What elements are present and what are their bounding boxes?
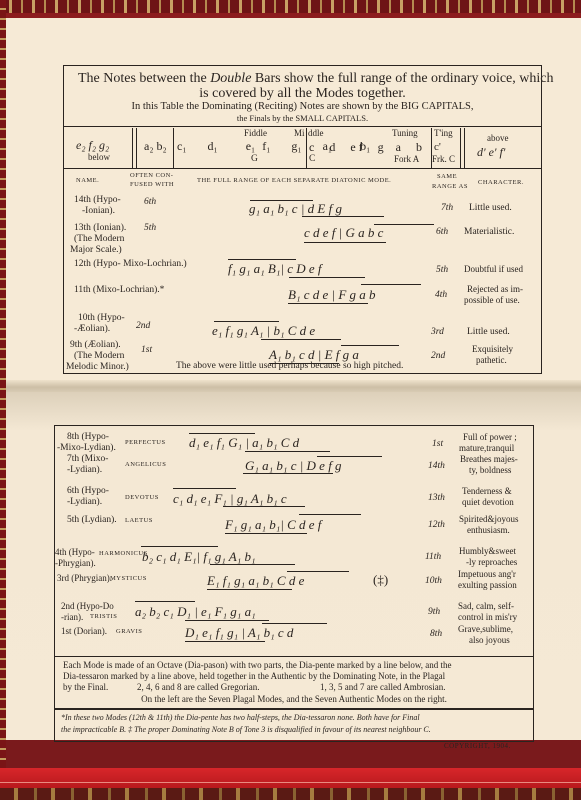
fiddle-g: G: [251, 155, 258, 165]
character: control in mis'ry: [458, 613, 517, 622]
mode-range: c₁ d₁ e₁ F₁ | g₁ A₁ b₁ c: [173, 492, 287, 505]
character: exulting passion: [458, 581, 517, 590]
explanation-line-3b: 2, 4, 6 and 8 are called Gregorian.: [137, 683, 259, 692]
confused-with: 5th: [144, 224, 156, 234]
mode-range: B₁ c d e | F g a b: [288, 288, 376, 301]
same-range: 14th: [428, 462, 445, 472]
character: Sad, calm, self-: [458, 602, 514, 611]
mode-name: 3rd (Phrygian).: [57, 574, 112, 583]
same-range: 9th: [428, 608, 440, 618]
middle-label-b: ddle: [308, 129, 324, 138]
fiddle-label: Fiddle: [244, 129, 267, 138]
same-range: 6th: [436, 228, 448, 238]
header-line-3: In this Table the Dominating (Reciting) …: [64, 102, 541, 113]
middle-c: C: [309, 155, 315, 165]
mode-name: 5th (Lydian).: [67, 516, 117, 526]
mode-name: (The Modern: [74, 235, 124, 245]
footnote-line-2: the impracticable B. ‡ The proper Domina…: [61, 726, 431, 734]
col-same-1: SAME: [437, 174, 457, 181]
same-range: 11th: [425, 553, 441, 563]
character: Doubtful if used: [464, 265, 523, 274]
bottom-red-edge: [0, 768, 581, 788]
character: Materialistic.: [464, 228, 514, 238]
mode-name: (The Modern: [74, 352, 124, 362]
explanation-box: Each Mode is made of an Octave (Dia-paso…: [54, 656, 534, 710]
character: Grave,sublime,: [458, 625, 513, 634]
character: Full of power ;: [463, 433, 517, 442]
character: Little used.: [469, 204, 512, 214]
header-line-4: the Finals by the SMALL CAPITALS.: [64, 114, 541, 123]
footnote-line-1: *In these two Modes (12th & 11th) the Di…: [61, 714, 420, 722]
latin-name: TRISTIS: [90, 614, 117, 621]
character: Exquisitely: [472, 345, 513, 354]
page-fold: [6, 380, 581, 392]
confused-with: 1st: [141, 346, 152, 356]
mode-name: 12th (Hypo- Mixo-Lochrian.): [74, 260, 187, 270]
fork-a-label: Fork A: [394, 155, 419, 164]
header-line-2: is covered by all the Modes together.: [64, 87, 541, 101]
same-range: 2nd: [431, 352, 445, 362]
same-range: 13th: [428, 494, 445, 504]
character: Breathes majes-: [460, 455, 518, 464]
same-range: 1st: [432, 440, 443, 450]
latin-name: GRAVIS: [116, 629, 142, 636]
bottom-gilt-border: [0, 788, 581, 800]
mode-range: c d e f | G a b c: [304, 226, 383, 239]
character: possible of use.: [464, 296, 520, 305]
mode-name: Major Scale.): [70, 246, 122, 256]
mode-range: A₁ b₁ c d | E f g a: [269, 348, 359, 361]
footnotes-box: *In these two Modes (12th & 11th) the Di…: [54, 708, 534, 742]
same-range: 10th: [425, 577, 442, 587]
mode-name: -Lydian).: [67, 466, 102, 476]
mode-range: G₁ a₁ b₁ c | D e f g: [245, 459, 342, 472]
character: also joyous: [469, 636, 510, 645]
character: enthusiasm.: [467, 526, 510, 535]
character: Spirited&joyous: [459, 515, 519, 524]
confused-with: 2nd: [136, 322, 150, 332]
mode-name: 9th (Æolian).: [70, 341, 121, 351]
latin-name: HARMONICUS: [99, 551, 148, 558]
above-label: above: [487, 134, 509, 143]
character: mature,tranquil: [459, 444, 514, 453]
mode-range: g₁ a₁ b₁ c | d E f g: [249, 202, 342, 215]
col-name: NAME.: [76, 178, 99, 185]
middle-label-a: Mi: [294, 129, 305, 138]
lower-table: 8th (Hypo- -Mixo-Lydian). PERFECTUS d₁ e…: [54, 425, 534, 657]
character: Humbly&sweet: [459, 547, 516, 556]
same-range: 8th: [430, 630, 442, 640]
mode-name: -Ionian).: [82, 207, 115, 217]
latin-name: LAETUS: [125, 518, 153, 525]
mode-name: -rian).: [61, 613, 83, 622]
mode-name: 14th (Hypo-: [74, 196, 121, 206]
latin-name: MYSTICUS: [110, 576, 147, 583]
same-range: 12th: [428, 521, 445, 531]
upper-table: The Notes between the Double Bars show t…: [63, 65, 542, 374]
mode-name: 10th (Hypo-: [78, 314, 125, 324]
tuning-label: Tuning: [392, 129, 418, 138]
mode-range: a₂ b₂ c₁ D₁ | e₁ F₁ g₁ a₁: [135, 605, 256, 618]
character: pathetic.: [476, 356, 507, 365]
col-confused-2: FUSED WITH: [130, 182, 174, 189]
mode-name: 8th (Hypo-: [67, 433, 109, 443]
character: Rejected as im-: [467, 285, 523, 294]
frk-c-label: Frk. C: [432, 155, 455, 164]
explanation-line-3c: 1, 3, 5 and 7 are called Ambrosian.: [320, 683, 445, 692]
confused-with: 6th: [144, 198, 156, 208]
col-same-2: RANGE AS: [432, 184, 468, 191]
mode-name: -Mixo-Lydian).: [57, 444, 116, 454]
character: Impetuous ang'r: [458, 570, 516, 579]
mode-name: 2nd (Hypo-Do: [61, 602, 114, 611]
mode-range: e₁ f₁ g₁ A₁ | b₁ C d e: [212, 324, 315, 337]
mode-name: -Æolian).: [74, 325, 110, 335]
character: quiet devotion: [462, 498, 514, 507]
same-range: 3rd: [431, 328, 444, 338]
dagger-mark: (‡): [373, 573, 388, 586]
mode-name: 7th (Mixo-: [67, 455, 108, 465]
mode-name: 13th (Ionian).: [74, 224, 126, 234]
latin-name: DEVOTUS: [125, 495, 159, 502]
mode-name: -Phrygian).: [55, 559, 96, 568]
character: Little used.: [467, 328, 510, 338]
mode-range: F₁ g₁ a₁ b₁| C d e f: [225, 518, 321, 531]
col-character: CHARACTER.: [478, 180, 524, 187]
explanation-line-2: Dia-tessaron marked by a line above, hel…: [63, 672, 445, 681]
below-label: below: [88, 153, 110, 162]
mode-range: D₁ e₁ f₁ g₁ | A₁ b₁ c d: [185, 626, 293, 639]
mode-range: d₁ e₁ f₁ G₁ | a₁ b₁ C d: [189, 436, 299, 449]
explanation-line-1: Each Mode is made of an Octave (Dia-paso…: [63, 661, 452, 670]
tring-c: c': [434, 142, 441, 153]
mode-name: 4th (Hypo-: [55, 548, 95, 557]
above-notes: d' e' f': [477, 146, 505, 158]
latin-name: ANGELICUS: [125, 462, 166, 469]
col-range: THE FULL RANGE OF EACH SEPARATE DIATONIC…: [197, 178, 391, 185]
character: Tenderness &: [462, 487, 512, 496]
character: -ly reproaches: [466, 558, 517, 567]
mode-name: Melodic Minor.): [66, 363, 129, 373]
mode-name: 6th (Hypo-: [67, 487, 109, 497]
mode-name: 11th (Mixo-Lochrian).*: [74, 286, 164, 296]
upper-footnote: The above were little used perhaps becau…: [176, 362, 403, 372]
mode-name: 1st (Dorian).: [61, 627, 107, 636]
explanation-line-4: On the left are the Seven Plagal Modes, …: [55, 695, 533, 704]
same-range: 5th: [436, 266, 448, 276]
col-confused-1: OFTEN CON-: [130, 173, 173, 180]
mode-range: f₁ g₁ a₁ B₁| c D e f: [228, 262, 322, 275]
same-range: 4th: [435, 291, 447, 301]
character: ty, boldness: [469, 466, 511, 475]
same-range: 7th: [441, 204, 453, 214]
explanation-line-3a: by the Final.: [63, 683, 108, 692]
mode-range: b₂ c₁ d₁ E₁| f₁ g₁ A₁ b₁: [142, 550, 256, 563]
top-gilt-border: [0, 0, 581, 14]
notes-row-2: c d e f g a b: [309, 141, 422, 153]
latin-name: PERFECTUS: [125, 440, 166, 447]
mode-range: E₁ f₁ g₁ a₁ b₁ C d e: [207, 574, 304, 587]
copyright: COPYRIGHT, 1904.: [444, 743, 511, 750]
mode-name: -Lydian).: [67, 498, 102, 508]
header-line-1: The Notes between the Double Bars show t…: [78, 72, 554, 86]
tring-label: T'ing: [434, 129, 453, 138]
below-notes: e₂ f₂ g₂: [76, 139, 109, 151]
low-notes: a₂ b₂: [144, 140, 167, 152]
